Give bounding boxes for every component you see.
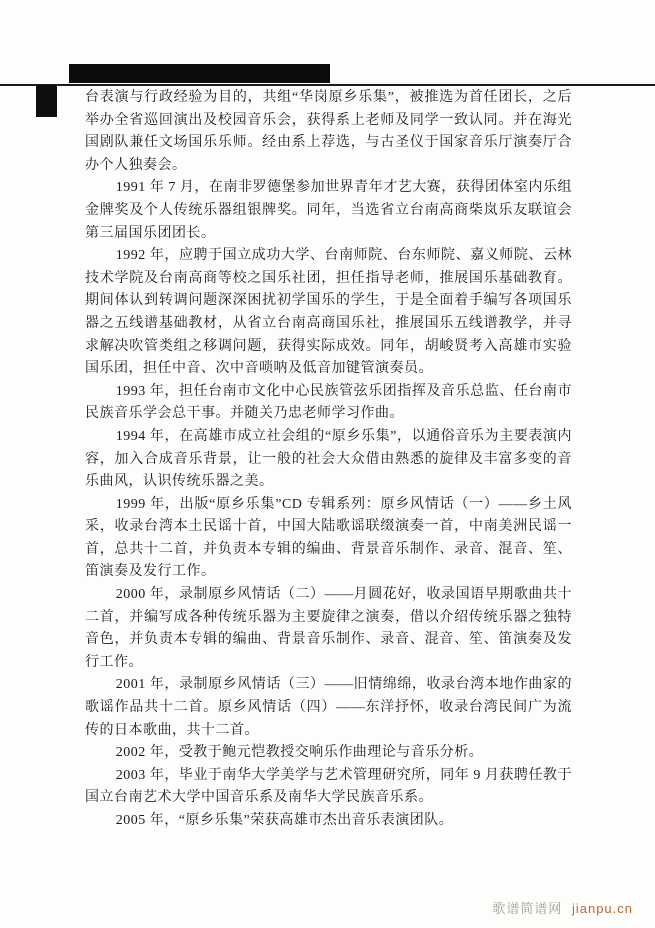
paragraph-2005: 2005 年，“原乡乐集”荣获高雄市杰出音乐表演团队。 xyxy=(85,810,572,833)
paragraph-1994: 1994 年，在高雄市成立社会组的“原乡乐集”，以通俗音乐为主要表演内容，加入合… xyxy=(85,426,572,494)
paragraph-continuation: 台表演与行政经验为目的，共组“华岗原乡乐集”，被推选为首任团长，之后举办全省巡回… xyxy=(85,87,572,177)
paragraph-2002: 2002 年，受教于鲍元恺教授交响乐作曲理论与音乐分析。 xyxy=(85,742,572,765)
header-redaction-bar xyxy=(69,64,330,83)
paragraph-1992: 1992 年，应聘于国立成功大学、台南师院、台东师院、嘉义师院、云林技术学院及台… xyxy=(85,245,572,381)
watermark-site-name: 歌谱简谱网 xyxy=(492,901,562,916)
paragraph-2001: 2001 年，录制原乡风情话（三）——旧情绵绵，收录台湾本地作曲家的歌谣作品共十… xyxy=(85,674,572,742)
paragraph-1999: 1999 年，出版“原乡乐集”CD 专辑系列：原乡风情话（一）——乡土风采，收录… xyxy=(85,494,572,584)
paragraph-2000: 2000 年，录制原乡风情话（二）——月圆花好，收录国语早期歌曲共十二首，并编写… xyxy=(85,584,572,674)
watermark: 歌谱简谱网 jianpu.cn xyxy=(492,898,633,917)
biography-text: 台表演与行政经验为目的，共组“华岗原乡乐集”，被推选为首任团长，之后举办全省巡回… xyxy=(85,87,572,833)
watermark-site-url: jianpu.cn xyxy=(572,901,633,916)
header-rule xyxy=(0,84,655,86)
page-edge-mark xyxy=(36,85,57,117)
paragraph-1991: 1991 年 7 月，在南非罗德堡参加世界青年才艺大赛，获得团体室内乐组金牌奖及… xyxy=(85,177,572,245)
book-page: 台表演与行政经验为目的，共组“华岗原乡乐集”，被推选为首任团长，之后举办全省巡回… xyxy=(0,0,655,928)
paragraph-2003: 2003 年，毕业于南华大学美学与艺术管理研究所，同年 9 月获聘任教于国立台南… xyxy=(85,765,572,810)
paragraph-1993: 1993 年，担任台南市文化中心民族管弦乐团指挥及音乐总监、任台南市民族音乐学会… xyxy=(85,381,572,426)
